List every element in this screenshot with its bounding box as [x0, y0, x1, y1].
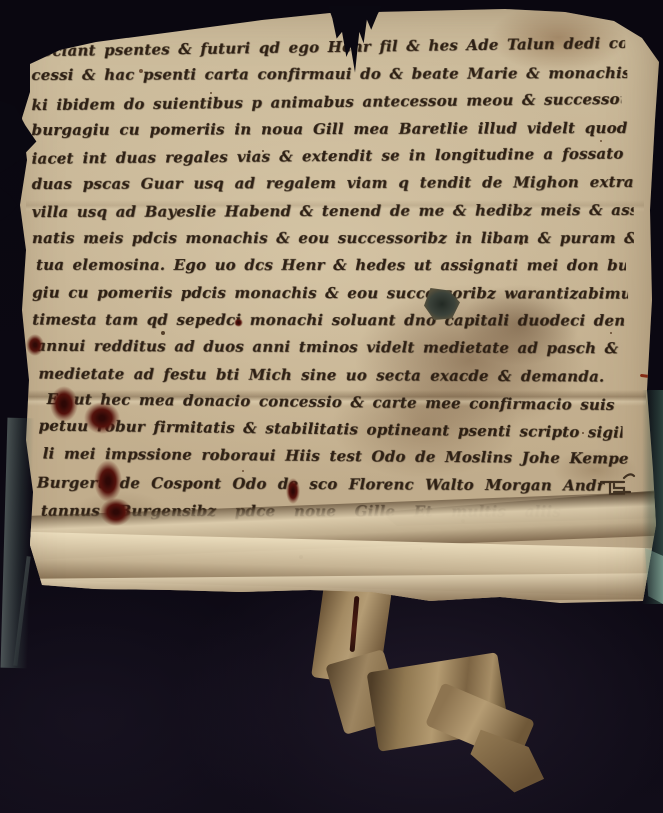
- manuscript-text-line: duas pscas Guar usq ad regalem viam q te…: [32, 169, 634, 198]
- wax-stain: [80, 10, 91, 25]
- manuscript-text-line: villa usq ad Bayeslie Habend & tenend de…: [32, 197, 634, 226]
- left-edge-notch: [0, 186, 20, 222]
- wax-stain: [50, 386, 78, 422]
- manuscript-text-line: burgagiu cu pomeriis in noua Gill mea Ba…: [31, 115, 627, 144]
- wax-stain: [286, 478, 300, 504]
- wax-stain: [94, 460, 122, 502]
- manuscript-text-line: giu cu pomeriis pdcis monachis & eou suc…: [32, 279, 628, 307]
- museum-photo: Sciant psentes & futuri qd ego Henr fil …: [0, 0, 663, 813]
- manuscript-text-block: Sciant psentes & futuri qd ego Henr fil …: [31, 33, 635, 526]
- manuscript-text-line: tua elemosina. Ego uo dcs Henr & hedes u…: [36, 252, 626, 280]
- manuscript-text-line: Burgeru de Cospont Odo de sco Florenc Wa…: [37, 469, 605, 499]
- wax-stain: [84, 402, 120, 434]
- wax-stain: [26, 334, 44, 356]
- parchment-charter: Sciant psentes & futuri qd ego Henr fil …: [0, 0, 663, 813]
- glass-mount-left-lower-edge: [13, 556, 30, 666]
- manuscript-text-line: li mei impssione roboraui Hiis test Odo …: [43, 441, 629, 473]
- wax-stain: [234, 318, 243, 327]
- parchment-speckles: [0, 0, 2, 2]
- manuscript-text-line: ki ibidem do suientibus p animabus antec…: [31, 86, 621, 119]
- manuscript-text-line: annui redditus ad duos anni tminos videl…: [36, 333, 626, 363]
- wax-stain: [100, 498, 132, 526]
- red-edge-mark: [640, 374, 658, 379]
- manuscript-text-line: timesta tam qd sepedci monachi soluant d…: [32, 306, 624, 334]
- manuscript-text-line: cessi & hac psenti carta confirmaui do &…: [31, 60, 627, 89]
- manuscript-text-line: natis meis pdcis monachis & eou successo…: [32, 225, 634, 252]
- manuscript-text-line: iacet int duas regales vias & extendit s…: [31, 141, 623, 173]
